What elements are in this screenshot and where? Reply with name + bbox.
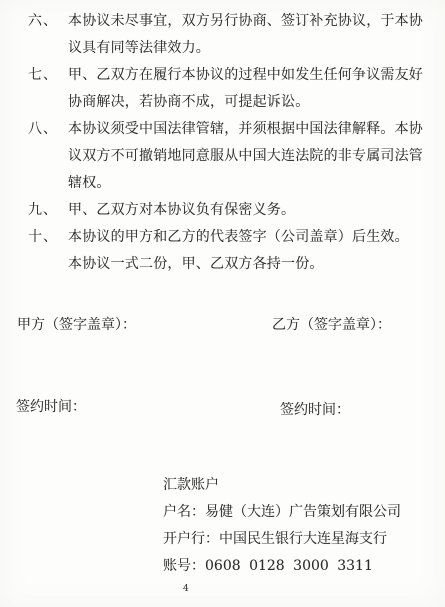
remittance-account-number: 账号：0608 0128 3000 3311: [163, 553, 433, 580]
clause-number: 六、: [28, 8, 58, 35]
remittance-account-name: 户名：易健（大连）广告策划有限公司: [163, 499, 433, 526]
clause-number: 九、: [28, 197, 58, 224]
clause-number: 七、: [28, 62, 58, 89]
clause-line: 甲、乙双方在履行本协议的过程中如发生任何争议需友好: [68, 62, 433, 89]
clause-line: 本协议未尽事宜，双方另行协商、签订补充协议，于本协: [68, 8, 433, 35]
clause-number: 八、: [28, 116, 58, 143]
remittance-bank: 开户行：中国民生银行大连星海支行: [163, 526, 433, 553]
clause-line: 议具有同等法律效力。: [68, 35, 433, 62]
party-a-signature-label: 甲方（签字盖章）：: [17, 317, 136, 333]
clause-item-7: 七、 甲、乙双方在履行本协议的过程中如发生任何争议需友好 协商解决，若协商不成，…: [28, 62, 433, 116]
remittance-block: 汇款账户 户名：易健（大连）广告策划有限公司 开户行：中国民生银行大连星海支行 …: [163, 472, 433, 580]
clause-list: 六、 本协议未尽事宜，双方另行协商、签订补充协议，于本协 议具有同等法律效力。 …: [28, 8, 433, 278]
party-b-signing-time-label: 签约时间：: [280, 402, 350, 418]
clause-line: 辖权。: [68, 170, 433, 197]
clause-item-9: 九、 甲、乙双方对本协议负有保密义务。: [28, 197, 433, 224]
remittance-account-title: 汇款账户: [163, 472, 433, 499]
page-number: 4: [183, 584, 189, 594]
clause-line: 本协议的甲方和乙方的代表签字（公司盖章）后生效。: [68, 224, 433, 251]
clause-item-8: 八、 本协议须受中国法律管辖，并须根据中国法律解释。本协 议双方不可撤销地同意服…: [28, 116, 433, 197]
clause-line: 协商解决，若协商不成，可提起诉讼。: [68, 89, 433, 116]
party-b-signature-label: 乙方（签字盖章）：: [272, 317, 391, 333]
clause-number: 十、: [28, 224, 58, 251]
clause-line: 本协议一式二份，甲、乙双方各持一份。: [68, 251, 433, 278]
document-page: 六、 本协议未尽事宜，双方另行协商、签订补充协议，于本协 议具有同等法律效力。 …: [0, 0, 445, 607]
clause-line: 本协议须受中国法律管辖，并须根据中国法律解释。本协: [68, 116, 433, 143]
clause-item-6: 六、 本协议未尽事宜，双方另行协商、签订补充协议，于本协 议具有同等法律效力。: [28, 8, 433, 62]
clause-line: 议双方不可撤销地同意服从中国大连法院的非专属司法管: [68, 143, 433, 170]
clause-line: 甲、乙双方对本协议负有保密义务。: [68, 197, 433, 224]
party-a-signing-time-label: 签约时间：: [16, 399, 86, 415]
clause-item-10: 十、 本协议的甲方和乙方的代表签字（公司盖章）后生效。 本协议一式二份，甲、乙双…: [28, 224, 433, 278]
